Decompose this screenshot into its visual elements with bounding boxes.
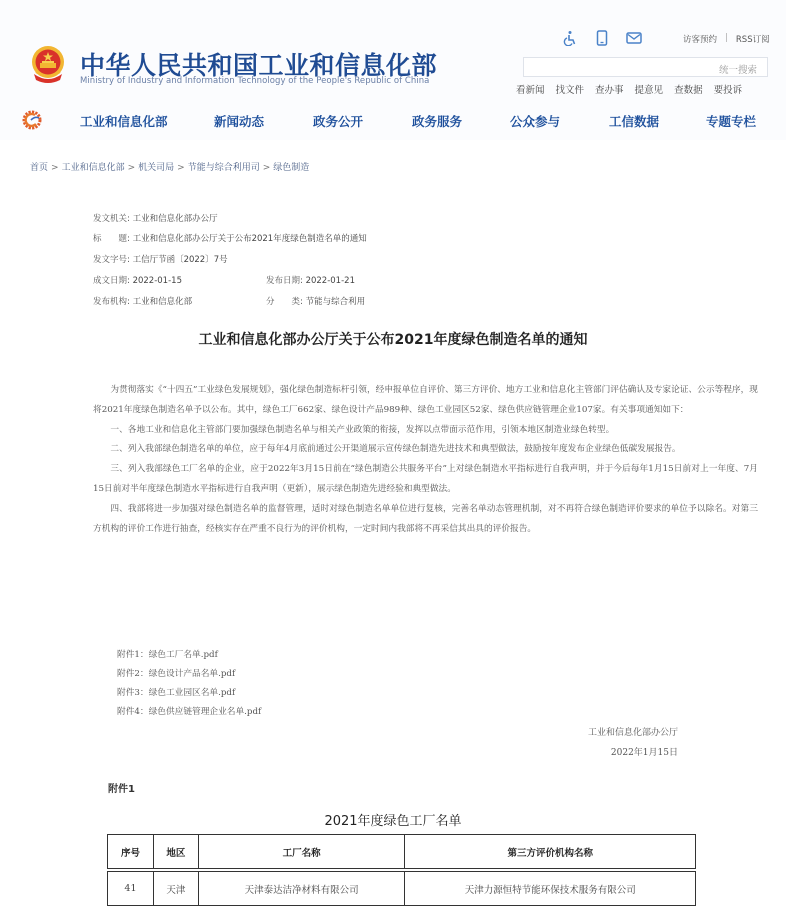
- national-emblem-icon: [28, 44, 68, 86]
- main-nav: 工业和信息化部 新闻动态 政务公开 政务服务 公众参与 工信数据 专题专栏: [0, 100, 786, 140]
- breadcrumb-separator: >: [263, 163, 271, 173]
- column-header-region: 地区: [153, 835, 198, 869]
- document-title: 工业和信息化部办公厅关于公布2021年度绿色制造名单的通知: [0, 329, 786, 349]
- visitor-appointment-link[interactable]: 访客预约: [683, 33, 717, 45]
- nav-item-topics[interactable]: 专题专栏: [706, 112, 756, 130]
- divider: |: [725, 33, 728, 45]
- breadcrumb-separator: >: [177, 163, 185, 173]
- meta-title-label: 标 题:: [93, 234, 130, 244]
- attachment-link-2[interactable]: 附件2：绿色设计产品名单.pdf: [117, 665, 261, 684]
- cell-factory-name: 天津泰达洁净材料有限公司: [198, 872, 405, 906]
- meta-publish-date-label: 发布日期:: [266, 276, 303, 286]
- meta-issuer-label: 发文机关:: [93, 214, 130, 224]
- green-factory-table: 序号 地区 工厂名称 第三方评价机构名称 41 天津 天津泰达洁净材料有限公司 …: [107, 834, 696, 906]
- nav-item-gov-info[interactable]: 政务公开: [313, 112, 363, 130]
- nav-item-data[interactable]: 工信数据: [609, 112, 659, 130]
- miit-logo-icon[interactable]: [21, 109, 43, 131]
- breadcrumb-home[interactable]: 首页: [30, 163, 48, 173]
- quick-links: 看新闻 找文件 查办事 提意见 查数据 要投诉: [516, 82, 742, 96]
- table-row: 41 天津 天津泰达洁净材料有限公司 天津力源恒特节能环保技术服务有限公司: [108, 872, 696, 906]
- meta-doc-no-label: 发文字号:: [93, 255, 130, 265]
- meta-written-date-label: 成文日期:: [93, 276, 130, 286]
- breadcrumb-separator: >: [51, 163, 59, 173]
- attachment-link-3[interactable]: 附件3：绿色工业园区名单.pdf: [117, 684, 261, 703]
- meta-category-label: 分 类:: [266, 297, 303, 307]
- breadcrumb: 首页>工业和信息化部>机关司局>节能与综合利用司>绿色制造: [30, 160, 309, 173]
- column-header-index: 序号: [108, 835, 154, 869]
- meta-publish-date-value: 2022-01-21: [306, 276, 355, 286]
- meta-issuer-value: 工业和信息化部办公厅: [133, 214, 218, 224]
- meta-issuer: 发文机关: 工业和信息化部办公厅: [93, 212, 218, 224]
- rss-link[interactable]: RSS订阅: [736, 33, 770, 45]
- utility-icons: [562, 30, 642, 46]
- quick-link-complaint[interactable]: 要投诉: [714, 82, 743, 96]
- quick-link-feedback[interactable]: 提意见: [635, 82, 664, 96]
- column-header-evaluator: 第三方评价机构名称: [405, 835, 696, 869]
- cell-evaluator: 天津力源恒特节能环保技术服务有限公司: [405, 872, 696, 906]
- nav-item-gov-services[interactable]: 政务服务: [412, 112, 462, 130]
- top-links: 访客预约 | RSS订阅: [683, 33, 770, 45]
- body-paragraph: 一、各地工业和信息化主管部门要加强绿色制造名单与相关产业政策的衔接，发挥以点带面…: [93, 421, 758, 441]
- meta-publisher-value: 工业和信息化部: [133, 297, 193, 307]
- document-body: 为贯彻落实《“十四五”工业绿色发展规划》，强化绿色制造标杆引领，经申报单位自评价…: [93, 381, 758, 539]
- meta-publish-date: 发布日期: 2022-01-21: [266, 274, 355, 286]
- quick-link-data[interactable]: 查数据: [674, 82, 703, 96]
- meta-publisher-label: 发布机构:: [93, 297, 130, 307]
- breadcrumb-departments[interactable]: 机关司局: [138, 163, 174, 173]
- meta-category-value: 节能与综合利用: [306, 297, 366, 307]
- meta-publisher: 发布机构: 工业和信息化部: [93, 295, 192, 307]
- nav-item-public-participation[interactable]: 公众参与: [510, 112, 560, 130]
- appendix-title: 2021年度绿色工厂名单: [0, 810, 786, 829]
- attachments-list: 附件1：绿色工厂名单.pdf 附件2：绿色设计产品名单.pdf 附件3：绿色工业…: [117, 646, 261, 722]
- mail-icon[interactable]: [626, 30, 642, 46]
- body-paragraph: 三、列入我部绿色工厂名单的企业，应于2022年3月15日前在“绿色制造公共服务平…: [93, 460, 758, 500]
- attachment-link-4[interactable]: 附件4：绿色供应链管理企业名单.pdf: [117, 703, 261, 722]
- signature-block: 工业和信息化部办公厅 2022年1月15日: [588, 723, 678, 763]
- cell-region: 天津: [153, 872, 198, 906]
- breadcrumb-separator: >: [128, 163, 136, 173]
- accessibility-icon[interactable]: [562, 30, 578, 46]
- breadcrumb-miit[interactable]: 工业和信息化部: [62, 163, 125, 173]
- quick-link-services[interactable]: 查办事: [595, 82, 624, 96]
- attachment-link-1[interactable]: 附件1：绿色工厂名单.pdf: [117, 646, 261, 665]
- mobile-icon[interactable]: [594, 30, 610, 46]
- meta-doc-no: 发文字号: 工信厅节函〔2022〕7号: [93, 253, 228, 265]
- meta-title-value: 工业和信息化部办公厅关于公布2021年度绿色制造名单的通知: [133, 234, 367, 244]
- column-header-factory-name: 工厂名称: [198, 835, 405, 869]
- nav-item-miit[interactable]: 工业和信息化部: [80, 112, 168, 130]
- meta-category: 分 类: 节能与综合利用: [266, 295, 365, 307]
- meta-written-date-value: 2022-01-15: [133, 276, 182, 286]
- appendix-label: 附件1: [108, 780, 135, 795]
- nav-item-news[interactable]: 新闻动态: [214, 112, 264, 130]
- search-input[interactable]: [524, 62, 767, 80]
- site-subtitle: Ministry of Industry and Information Tec…: [80, 76, 429, 86]
- search-box[interactable]: [523, 57, 768, 77]
- breadcrumb-energy-dept[interactable]: 节能与综合利用司: [188, 163, 260, 173]
- body-paragraph: 四、我部将进一步加强对绿色制造名单的监督管理，适时对绿色制造名单单位进行复核，完…: [93, 500, 758, 540]
- meta-doc-no-value: 工信厅节函〔2022〕7号: [133, 255, 228, 265]
- body-paragraph: 为贯彻落实《“十四五”工业绿色发展规划》，强化绿色制造标杆引领，经申报单位自评价…: [93, 381, 758, 421]
- signature-org: 工业和信息化部办公厅: [588, 723, 678, 743]
- meta-written-date: 成文日期: 2022-01-15: [93, 274, 182, 286]
- quick-link-news[interactable]: 看新闻: [516, 82, 545, 96]
- signature-date: 2022年1月15日: [588, 743, 678, 763]
- table-header-row: 序号 地区 工厂名称 第三方评价机构名称: [108, 835, 696, 869]
- body-paragraph: 二、列入我部绿色制造名单的单位，应于每年4月底前通过公开渠道展示宣传绿色制造先进…: [93, 440, 758, 460]
- site-header: 中华人民共和国工业和信息化部 Ministry of Industry and …: [0, 0, 786, 100]
- cell-index: 41: [108, 872, 154, 906]
- breadcrumb-green-manufacturing[interactable]: 绿色制造: [273, 163, 309, 173]
- meta-title: 标 题: 工业和信息化部办公厅关于公布2021年度绿色制造名单的通知: [93, 232, 367, 244]
- quick-link-files[interactable]: 找文件: [556, 82, 585, 96]
